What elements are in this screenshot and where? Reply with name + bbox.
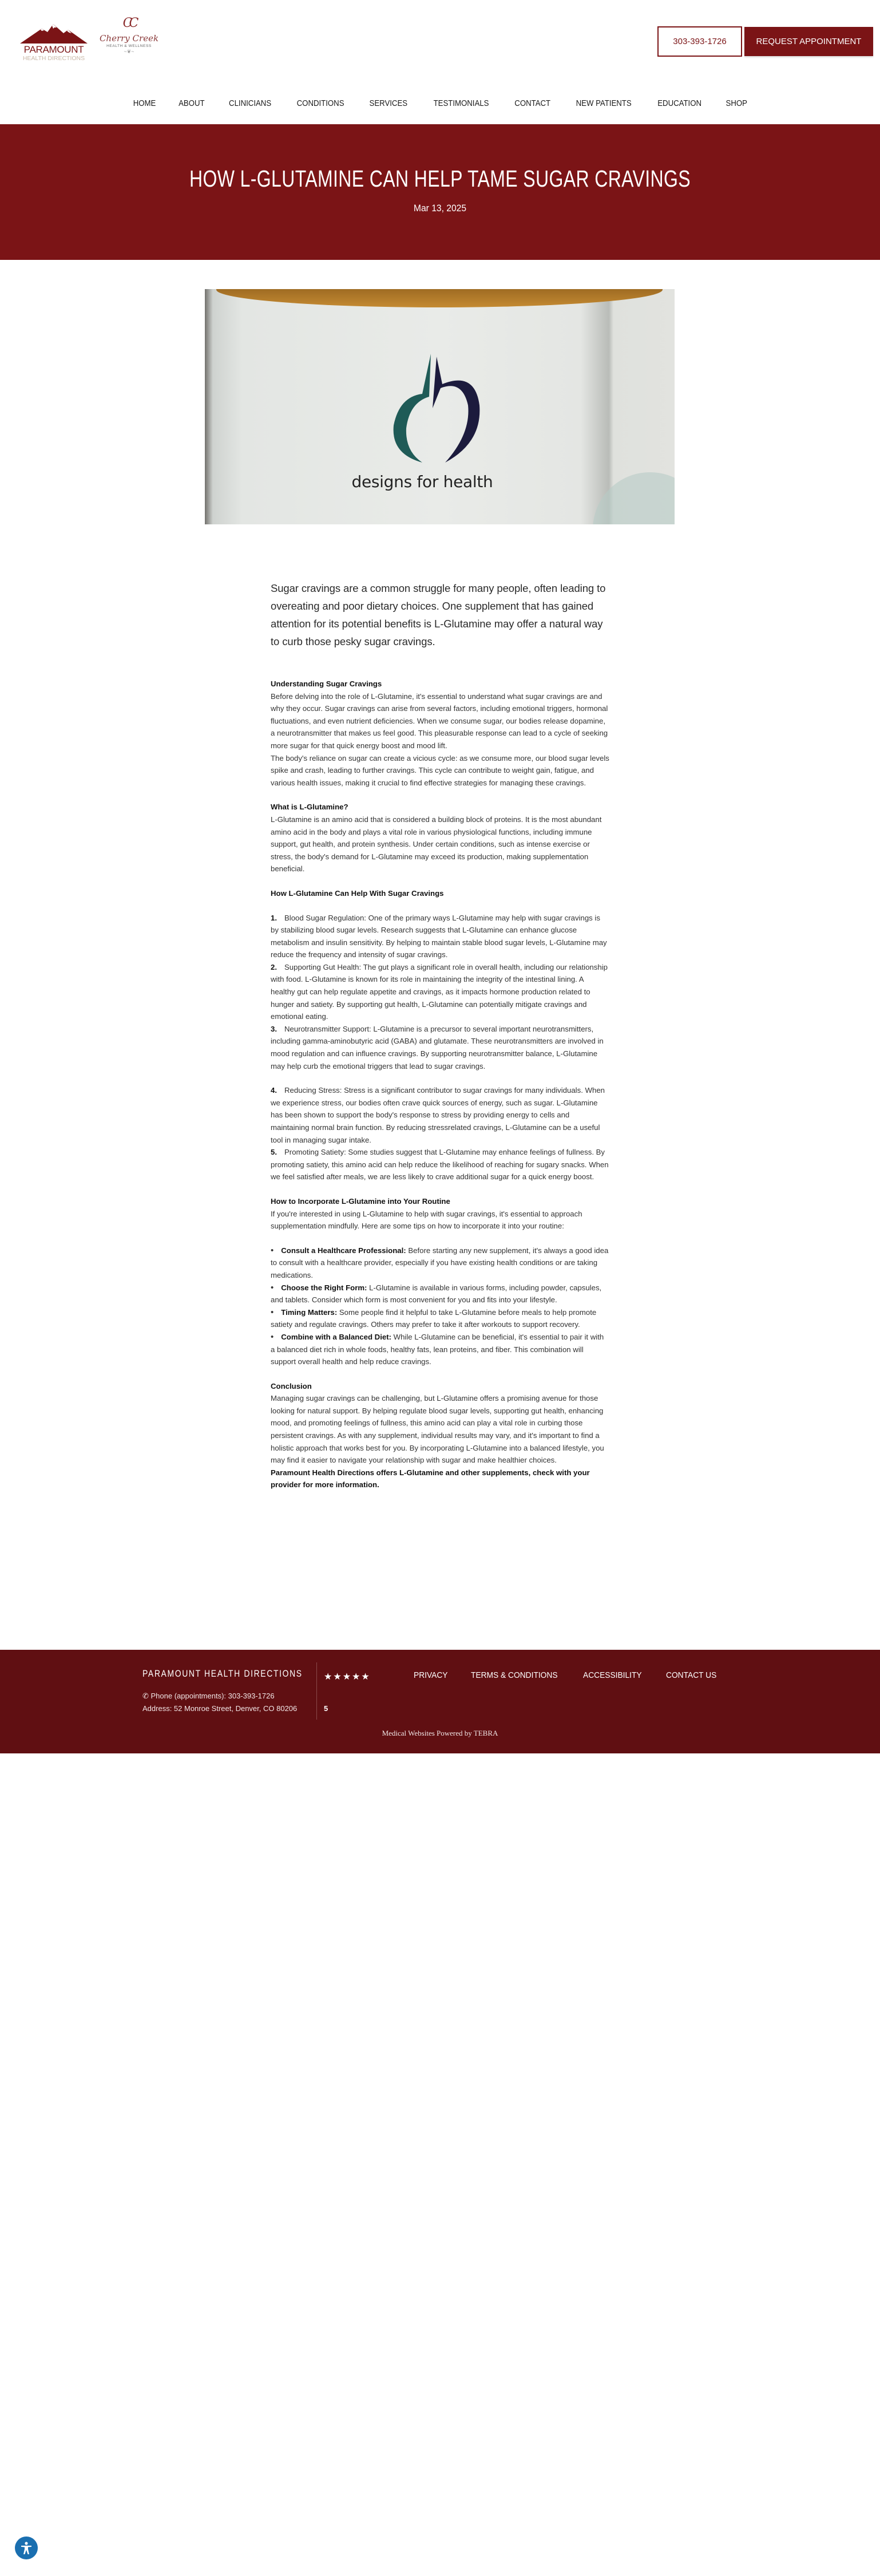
cherry-creek-mark: CC — [96, 16, 162, 31]
cherry-creek-tagline: HEALTH & WELLNESS — [96, 44, 162, 49]
bullet-item: •Consult a Healthcare Professional: Befo… — [271, 1244, 609, 1282]
list-number: 2. — [271, 963, 277, 971]
bullet-title: Choose the Right Form: — [281, 1283, 367, 1292]
nav-item-about[interactable]: ABOUT — [179, 98, 204, 108]
nav-item-conditions[interactable]: CONDITIONS — [296, 98, 344, 108]
site-header: PARAMOUNT HEALTH DIRECTIONS CC Cherry Cr… — [0, 0, 880, 89]
nav-item-education[interactable]: EDUCATION — [658, 98, 702, 108]
bullet-icon: • — [271, 1283, 273, 1293]
list-item: 5.Promoting Satiety: Some studies sugges… — [271, 1146, 609, 1183]
section-heading-understanding: Understanding Sugar Cravings — [271, 678, 609, 690]
list-number: 4. — [271, 1086, 277, 1095]
featured-image: designs for health — [205, 289, 675, 524]
bullet-title: Combine with a Balanced Diet: — [281, 1333, 391, 1341]
bullet-item: •Choose the Right Form: L-Glutamine is a… — [271, 1282, 609, 1306]
article-intro: Sugar cravings are a common struggle for… — [271, 579, 609, 650]
list-item: 3.Neurotransmitter Support: L-Glutamine … — [271, 1023, 609, 1072]
nav-item-services[interactable]: SERVICES — [370, 98, 408, 108]
footer-address: Address: 52 Monroe Street, Denver, CO 80… — [142, 1704, 297, 1713]
list-number: 3. — [271, 1025, 277, 1033]
cherry-creek-name: Cherry Creek — [96, 33, 162, 44]
footer-link-terms[interactable]: TERMS & CONDITIONS — [471, 1671, 558, 1680]
mountain-icon — [19, 21, 89, 46]
paragraph: Managing sugar cravings can be challengi… — [271, 1392, 609, 1467]
star-rating-icon: ★★★★★ — [324, 1671, 371, 1682]
list-number: 1. — [271, 914, 277, 922]
post-date: Mar 13, 2025 — [35, 203, 845, 214]
designs-for-health-logo-icon — [376, 339, 491, 471]
footer-phone[interactable]: ✆ Phone (appointments): 303-393-1726 — [142, 1692, 275, 1701]
bullet-icon: • — [271, 1246, 273, 1255]
paramount-logo-tagline: HEALTH DIRECTIONS — [19, 55, 89, 62]
bullet-item: •Combine with a Balanced Diet: While L-G… — [271, 1331, 609, 1368]
nav-item-contact[interactable]: CONTACT — [514, 98, 550, 108]
list-item-text: Promoting Satiety: Some studies suggest … — [271, 1148, 609, 1181]
list-item-text: Blood Sugar Regulation: One of the prima… — [271, 914, 607, 959]
bottle-cap — [216, 289, 663, 307]
page-title: HOW L-GLUTAMINE CAN HELP TAME SUGAR CRAV… — [97, 164, 783, 193]
paramount-logo[interactable]: PARAMOUNT HEALTH DIRECTIONS — [19, 21, 89, 64]
footer-link-contact-us[interactable]: CONTACT US — [666, 1671, 716, 1680]
nav-item-shop[interactable]: SHOP — [726, 98, 747, 108]
nav-item-new-patients[interactable]: NEW PATIENTS — [576, 98, 632, 108]
bullet-title: Timing Matters: — [281, 1308, 337, 1317]
footer-link-privacy[interactable]: PRIVACY — [414, 1671, 447, 1680]
bullet-icon: • — [271, 1332, 273, 1342]
phone-button[interactable]: 303-393-1726 — [657, 26, 742, 57]
list-number: 5. — [271, 1148, 277, 1156]
accessibility-icon — [19, 2541, 34, 2555]
flourish-icon: ~❦~ — [96, 49, 162, 54]
footer-links: PRIVACY TERMS & CONDITIONS ACCESSIBILITY… — [414, 1671, 740, 1680]
article-body: Sugar cravings are a common struggle for… — [271, 579, 609, 1491]
main-nav: HOME ABOUT CLINICIANS CONDITIONS SERVICE… — [0, 93, 880, 113]
page-hero: HOW L-GLUTAMINE CAN HELP TAME SUGAR CRAV… — [0, 124, 880, 260]
section-heading-how-help: How L-Glutamine Can Help With Sugar Crav… — [271, 887, 609, 900]
paragraph: L-Glutamine is an amino acid that is con… — [271, 813, 609, 875]
nav-item-home[interactable]: HOME — [133, 98, 156, 108]
designs-for-health-text: designs for health — [348, 472, 497, 491]
footer-brand: PARAMOUNT HEALTH DIRECTIONS — [142, 1668, 303, 1680]
paramount-logo-name: PARAMOUNT — [19, 45, 89, 55]
cherry-creek-logo[interactable]: CC Cherry Creek HEALTH & WELLNESS ~❦~ — [96, 16, 162, 65]
image-reflection — [593, 472, 675, 524]
accessibility-widget-button[interactable] — [15, 2537, 38, 2559]
list-item-text: Supporting Gut Health: The gut plays a s… — [271, 963, 608, 1021]
nav-item-clinicians[interactable]: CLINICIANS — [229, 98, 271, 108]
list-item: 4.Reducing Stress: Stress is a significa… — [271, 1084, 609, 1146]
list-item-text: Neurotransmitter Support: L-Glutamine is… — [271, 1025, 604, 1070]
paragraph: If you're interested in using L-Glutamin… — [271, 1208, 609, 1232]
article-content: Understanding Sugar Cravings Before delv… — [271, 678, 609, 1491]
list-item: 2.Supporting Gut Health: The gut plays a… — [271, 961, 609, 1023]
powered-by[interactable]: Medical Websites Powered by TEBRA — [0, 1729, 880, 1738]
nav-item-testimonials[interactable]: TESTIMONIALS — [433, 98, 489, 108]
footer-divider — [316, 1662, 317, 1720]
rating-value: 5 — [324, 1704, 328, 1713]
bullet-item: •Timing Matters: Some people find it hel… — [271, 1306, 609, 1331]
closing-statement: Paramount Health Directions offers L-Glu… — [271, 1467, 609, 1491]
section-heading-conclusion: Conclusion — [271, 1380, 609, 1393]
request-appointment-button[interactable]: REQUEST APPOINTMENT — [744, 27, 873, 56]
image-shadow — [205, 289, 213, 524]
bullet-icon: • — [271, 1307, 273, 1317]
section-heading-what-is: What is L-Glutamine? — [271, 801, 609, 813]
footer-link-accessibility[interactable]: ACCESSIBILITY — [583, 1671, 642, 1680]
bullet-title: Consult a Healthcare Professional: — [281, 1246, 406, 1255]
list-item-text: Reducing Stress: Stress is a significant… — [271, 1086, 605, 1144]
section-heading-incorporate: How to Incorporate L-Glutamine into Your… — [271, 1195, 609, 1208]
list-item: 1.Blood Sugar Regulation: One of the pri… — [271, 912, 609, 961]
site-footer: PARAMOUNT HEALTH DIRECTIONS ✆ Phone (app… — [0, 1650, 880, 1753]
paragraph: Before delving into the role of L-Glutam… — [271, 690, 609, 752]
paragraph: The body's reliance on sugar can create … — [271, 752, 609, 789]
